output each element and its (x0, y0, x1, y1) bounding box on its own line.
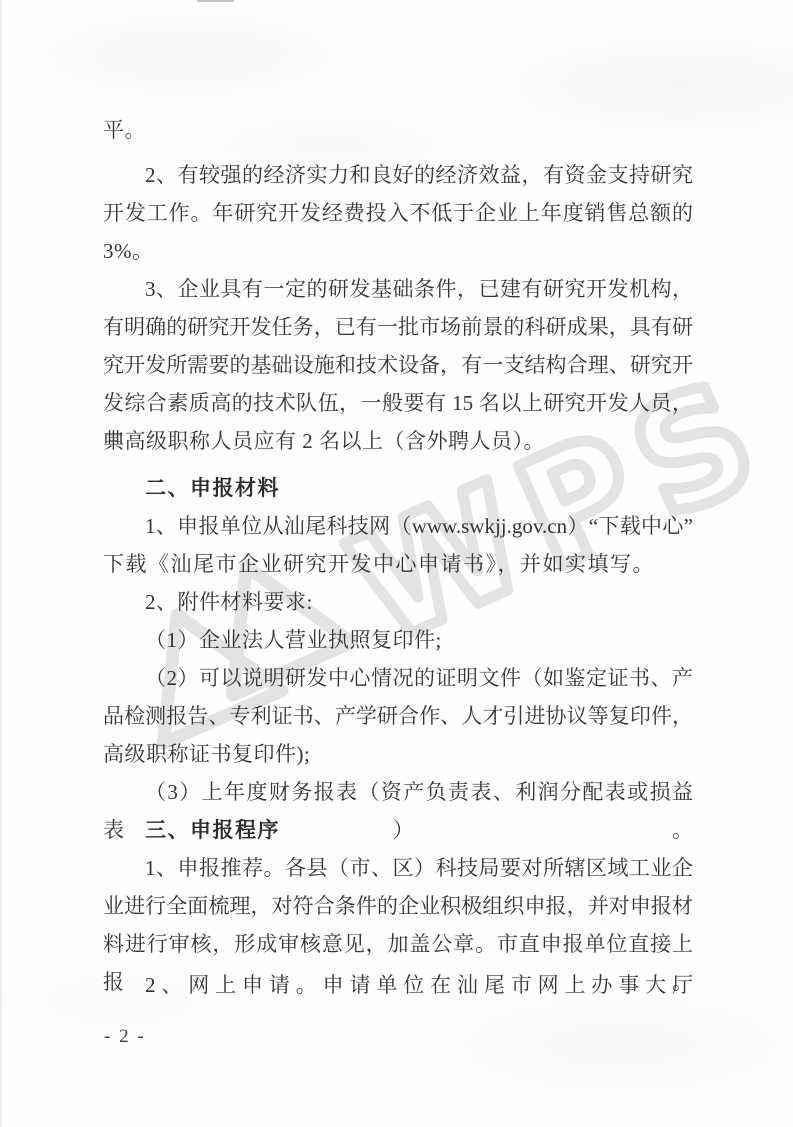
text-line: （2）可以说明研发中心情况的证明文件（如鉴定证书、产 (103, 659, 693, 697)
scanner-edge-shadow (0, 0, 3, 1127)
text-line: 中高级职称人员应有 2 名以上（含外聘人员）。 (103, 422, 693, 460)
text-line: 下载《汕尾市企业研究开发中心申请书》，并如实填写。 (103, 545, 693, 583)
text-line: 业进行全面梳理，对符合条件的企业积极组织申报，并对申报材 (103, 887, 693, 925)
text-line: 2、网上申请。申请单位在汕尾市网上办事大厅 (103, 966, 693, 1004)
text-line: 平。 (103, 111, 693, 149)
text-line: 发综合素质高的技术队伍，一般要有 15 名以上研究开发人员，其 (103, 384, 693, 422)
text-line: 3、企业具有一定的研发基础条件，已建有研究开发机构， (103, 270, 693, 308)
text-line: 2、附件材料要求: (103, 583, 693, 621)
scan-top-mark-artifact (197, 0, 234, 2)
section-heading: 二、申报材料 (103, 469, 693, 507)
text-line: 有明确的研究开发任务，已有一批市场前景的科研成果，具有研 (103, 308, 693, 346)
text-line: 料进行审核，形成审核意见，加盖公章。市直申报单位直接上报。 (103, 925, 693, 963)
page-number: - 2 - (104, 1026, 146, 1048)
text-line: （3）上年度财务报表（资产负责表、利润分配表或损益表）。 (103, 773, 693, 811)
text-line: 品检测报告、专利证书、产学研合作、人才引进协议等复印件， (103, 697, 693, 735)
text-line: 3%。 (103, 232, 693, 270)
scanned-document-page: WPS 平。 2、有较强的经济实力和良好的经济效益，有资金支持研究 开发工作。年… (0, 0, 793, 1127)
text-line: （1）企业法人营业执照复印件; (103, 621, 693, 659)
document-body: 平。 2、有较强的经济实力和良好的经济效益，有资金支持研究 开发工作。年研究开发… (103, 111, 693, 1004)
text-line: 1、申报单位从汕尾科技网（www.swkjj.gov.cn）“下载中心” (103, 507, 693, 545)
text-line: 开发工作。年研究开发经费投入不低于企业上年度销售总额的 (103, 194, 693, 232)
text-line: 1、申报推荐。各县（市、区）科技局要对所辖区域工业企 (103, 849, 693, 887)
text-line: 2、有较强的经济实力和良好的经济效益，有资金支持研究 (103, 156, 693, 194)
text-line: 高级职称证书复印件); (103, 735, 693, 773)
text-line: 究开发所需要的基础设施和技术设备，有一支结构合理、研究开 (103, 346, 693, 384)
